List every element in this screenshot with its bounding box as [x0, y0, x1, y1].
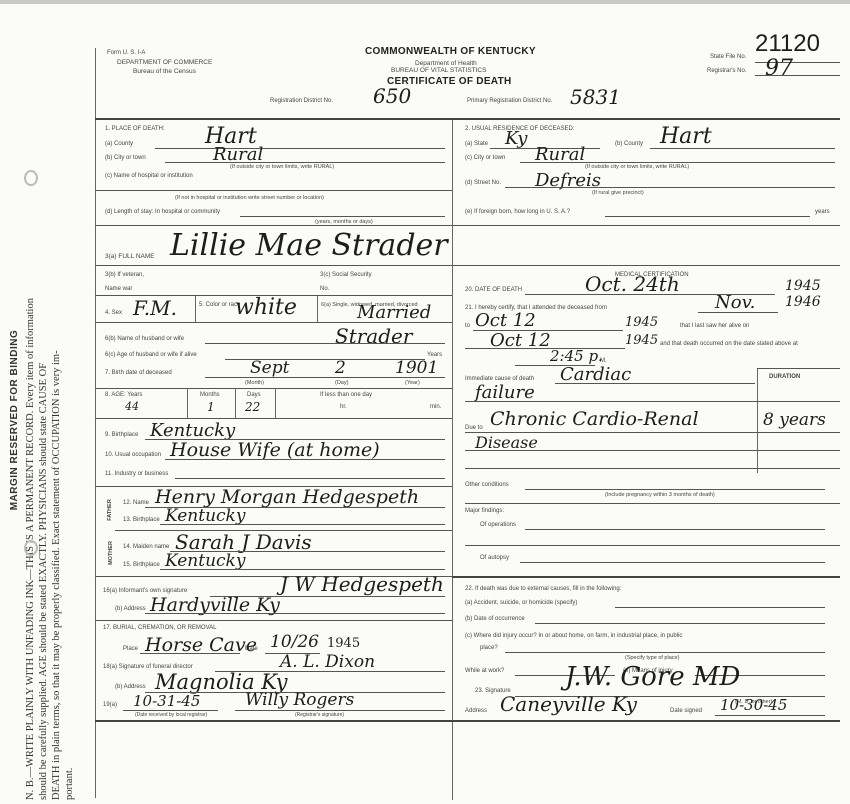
- res-city-line: [520, 162, 835, 163]
- mother-birthplace-value: Kentucky: [165, 551, 245, 571]
- margin-notice: MARGIN RESERVED FOR BINDING N. B.—WRITE …: [8, 40, 76, 800]
- industry-line: [175, 478, 445, 479]
- father-name-value: Henry Morgan Hedgespeth: [155, 486, 419, 508]
- center-divider: [452, 120, 453, 800]
- res-street-line: [505, 187, 835, 188]
- due-to-label: Due to: [465, 425, 483, 431]
- spouse-line: [205, 343, 445, 344]
- age-days-label: Days: [247, 392, 261, 398]
- veteran-war-label: Name war: [105, 286, 132, 292]
- attended-from-year: 1946: [785, 294, 821, 310]
- operations-line-2: [465, 545, 840, 546]
- res-county-line: [650, 148, 835, 149]
- birth-date-line: [205, 377, 445, 378]
- duration-header: DURATION: [769, 374, 800, 380]
- burial-place-line: [140, 653, 240, 654]
- duration-box-left: [757, 368, 758, 473]
- mother-name-label: 14. Maiden name: [123, 544, 169, 550]
- binding-margin: MARGIN RESERVED FOR BINDING N. B.—WRITE …: [2, 40, 82, 800]
- state-file-number: 21120: [755, 30, 820, 58]
- age-months-value: 1: [207, 400, 215, 414]
- physician-address-label: Address: [465, 708, 487, 714]
- pod-hospital-line: [95, 190, 452, 191]
- received-date-value: 10-31-45: [133, 692, 200, 710]
- sex-divider: [195, 296, 196, 322]
- birth-month-note: (Month): [245, 380, 264, 386]
- sex-label: 4. Sex: [105, 310, 122, 316]
- notice-line-1: N. B.—WRITE PLAINLY WITH UNFADING INK—TH…: [24, 40, 37, 800]
- external-title: 22. If death was due to external causes,…: [465, 586, 621, 592]
- full-name-label: 3(a) FULL NAME: [105, 253, 155, 260]
- less-day-hr: hr.: [340, 404, 347, 410]
- registrar-no-line: [755, 75, 840, 76]
- attended-to-value: Oct 12: [475, 310, 536, 331]
- immediate-cause-value-1: Cardiac: [560, 364, 631, 385]
- header-divider: [95, 118, 840, 120]
- other-conditions-line: [525, 489, 825, 490]
- father-tag: FATHER: [107, 499, 113, 521]
- death-year-value: 1945: [785, 278, 821, 294]
- registrar-no-value: 97: [765, 56, 793, 81]
- burial-title: 17. BURIAL, CREMATION, OR REMOVAL: [103, 625, 216, 631]
- date-signed-line: [715, 715, 825, 716]
- res-street-note: (If rural give precinct): [592, 190, 644, 196]
- scan-edge: [0, 0, 850, 4]
- res-foreign-line: [605, 216, 810, 217]
- physician-signature-value: J.W. Gore MD: [565, 662, 740, 692]
- res-city-label: (c) City or town: [465, 155, 505, 161]
- due-to-duration: 8 years: [763, 410, 826, 430]
- informant-divider: [95, 620, 452, 621]
- death-time-value: 2:45 p.: [550, 347, 603, 365]
- informant-signature-value: J W Hedgespeth: [280, 572, 444, 596]
- age-months-label: Months: [200, 392, 220, 398]
- primary-district-label: Primary Registration District No.: [467, 98, 552, 104]
- mother-birthplace-line: [160, 569, 445, 570]
- birth-day-note: (Day): [335, 380, 348, 386]
- less-day-label: If less than one day: [320, 392, 372, 398]
- form-bottom-rule: [95, 720, 840, 722]
- death-certificate-page: MARGIN RESERVED FOR BINDING N. B.—WRITE …: [0, 0, 850, 804]
- other-conditions-line-2: [465, 503, 840, 504]
- pod-hospital-note: (If not in hospital or institution write…: [175, 195, 324, 201]
- res-state-value: Ky: [505, 128, 527, 149]
- external-b-label: (b) Date of occurrence: [465, 616, 525, 622]
- duration-box-top: [757, 368, 840, 369]
- external-c-line: [505, 652, 825, 653]
- age-divider-3: [275, 388, 276, 418]
- last-saw-year: 1945: [625, 333, 658, 348]
- operations-label: Of operations: [480, 522, 516, 528]
- immediate-cause-value-2: failure: [475, 382, 535, 403]
- received-label: 19(a): [103, 702, 117, 708]
- immediate-cause-line-2: [465, 401, 840, 402]
- external-c-label-2: place?: [480, 645, 498, 651]
- marital-value: Married: [357, 302, 431, 323]
- industry-label: 11. Industry or business: [105, 471, 168, 477]
- res-street-label: (d) Street No.: [465, 180, 501, 186]
- ss-no-label: No.: [320, 286, 329, 292]
- mother-tag: MOTHER: [108, 541, 114, 565]
- birth-year-value: 1901: [395, 358, 438, 378]
- occupation-value: House Wife (at home): [170, 439, 380, 461]
- burial-place-label: Place: [123, 646, 138, 652]
- registrar-signature-line: [235, 710, 445, 711]
- while-at-work-label: While at work?: [465, 668, 504, 674]
- binding-hole-icon: [24, 540, 38, 556]
- pod-city-label: (b) City or town: [105, 155, 146, 161]
- commonwealth-title: COMMONWEALTH OF KENTUCKY: [365, 46, 536, 57]
- veteran-label: 3(b) If veteran,: [105, 272, 144, 278]
- form-number: Form U. S. I-A: [107, 50, 145, 56]
- registrar-no-label: Registrar's No.: [707, 68, 747, 74]
- external-a-line: [615, 607, 825, 608]
- registrar-signature-value: Willy Rogers: [245, 690, 354, 710]
- reg-district-label: Registration District No.: [270, 98, 333, 104]
- occupation-label: 10. Usual occupation: [105, 452, 161, 458]
- bureau-census: Bureau of the Census: [133, 68, 196, 75]
- attended-from-line: [698, 312, 778, 313]
- state-file-label: State File No.: [710, 54, 746, 60]
- spouse-value: Strader: [335, 324, 412, 348]
- certificate-form: Form U. S. I-A DEPARTMENT OF COMMERCE Bu…: [95, 40, 840, 800]
- birth-divider: [95, 388, 452, 389]
- due-to-line-2: [465, 450, 840, 451]
- birthplace-label: 9. Birthplace: [105, 432, 138, 438]
- physician-address-value: Caneyville Ky: [500, 692, 637, 716]
- birth-day-value: 2: [335, 358, 346, 378]
- father-birthplace-label: 13. Birthplace: [123, 517, 160, 523]
- reg-district-value: 650: [373, 84, 411, 108]
- due-to-line-3: [465, 468, 840, 469]
- pod-stay-label: (d) Length of stay: In hospital or commu…: [105, 209, 220, 215]
- sex-value: F.M.: [133, 296, 177, 320]
- date-signed-label: Date signed: [670, 708, 702, 714]
- burial-date-value: 10/26: [270, 632, 319, 652]
- pod-city-line: [165, 162, 445, 163]
- medical-divider: [452, 576, 840, 578]
- operations-line: [525, 529, 825, 530]
- funeral-director-value: A. L. Dixon: [280, 652, 375, 672]
- ss-label: 3(c) Social Security: [320, 272, 372, 278]
- last-saw-label: that I last saw her alive on: [680, 323, 749, 329]
- spouse-age-label: 6(c) Age of husband or wife if alive: [105, 352, 197, 358]
- other-conditions-label: Other conditions: [465, 482, 509, 488]
- death-date-label: 20. DATE OF DEATH: [465, 287, 522, 293]
- section-divider-1: [95, 225, 840, 226]
- director-address-label: (b) Address: [115, 684, 146, 690]
- age-years-value: 44: [125, 400, 139, 413]
- res-county-label: (b) County: [615, 141, 643, 147]
- full-name-line: [95, 265, 840, 266]
- received-note: (Date received by local registrar): [135, 712, 207, 718]
- birth-year-note: (Year): [405, 380, 420, 386]
- external-a-label: (a) Accident, suicide, or homicide (spec…: [465, 600, 577, 606]
- father-name-label: 12. Name: [123, 500, 149, 506]
- external-b-line: [535, 623, 825, 624]
- age-divider-1: [187, 388, 188, 418]
- autopsy-label: Of autopsy: [480, 555, 509, 561]
- res-foreign-unit: years: [815, 209, 830, 215]
- attended-to-year: 1945: [625, 315, 658, 330]
- notice-line-2: should be carefully supplied. AGE should…: [37, 40, 50, 800]
- father-birthplace-line: [160, 524, 445, 525]
- informant-address-line: [145, 613, 445, 614]
- attended-from-value: Nov.: [715, 292, 755, 313]
- age-divider-2: [235, 388, 236, 418]
- dept-commerce: DEPARTMENT OF COMMERCE: [117, 59, 212, 66]
- death-date-value: Oct. 24th: [585, 272, 680, 296]
- color-divider: [317, 296, 318, 322]
- age-days-value: 22: [245, 400, 260, 414]
- due-to-value-1: Chronic Cardio-Renal: [490, 408, 699, 430]
- birth-month-value: Sept: [250, 358, 289, 378]
- res-state-label: (a) State: [465, 141, 488, 147]
- sex-row-divider: [95, 322, 452, 323]
- primary-district-value: 5831: [570, 85, 621, 109]
- registrar-signature-note: (Registrar's signature): [295, 712, 344, 718]
- pod-stay-line: [240, 216, 445, 217]
- immediate-cause-line-1: [555, 383, 755, 384]
- burial-date-label: Date: [245, 646, 258, 652]
- full-name-value: Lillie Mae Strader: [170, 228, 448, 263]
- father-birthplace-value: Kentucky: [165, 506, 245, 526]
- age-years-label: 8. AGE: Years: [105, 392, 142, 398]
- date-signed-value: 10-30-45: [720, 696, 787, 714]
- birthplace-value: Kentucky: [150, 420, 235, 441]
- burial-year-value: 1945: [327, 636, 360, 651]
- pod-city-note: (If outside city or town limits, write R…: [230, 164, 334, 170]
- res-foreign-label: (e) If foreign born, how long in U. S. A…: [465, 209, 570, 215]
- margin-reserved-label: MARGIN RESERVED FOR BINDING: [8, 40, 21, 800]
- age-row-divider: [95, 418, 452, 419]
- pod-county-line: [155, 148, 445, 149]
- less-day-min: min.: [430, 404, 441, 410]
- mother-birthplace-label: 15. Birthplace: [123, 562, 160, 568]
- external-c-note: (Specify type of place): [625, 655, 679, 661]
- color-value: white: [235, 295, 297, 320]
- other-conditions-note: (Include pregnancy within 3 months of de…: [605, 492, 715, 498]
- res-county-value: Hart: [660, 124, 712, 149]
- dept-health: Department of Health: [415, 60, 477, 67]
- occupation-line: [165, 459, 445, 460]
- death-time-label: and that death occurred on the date stat…: [660, 341, 798, 347]
- place-of-death-title: 1. PLACE OF DEATH:: [105, 126, 165, 132]
- spouse-label: 6(b) Name of husband or wife: [105, 336, 184, 342]
- pod-county-label: (a) County: [105, 141, 133, 147]
- received-date-line: [123, 710, 218, 711]
- pod-hospital-label: (c) Name of hospital or institution: [105, 173, 193, 179]
- bureau-vital: BUREAU OF VITAL STATISTICS: [391, 67, 486, 74]
- form-left-border: [95, 48, 96, 798]
- autopsy-line: [520, 562, 825, 563]
- major-findings-label: Major findings:: [465, 508, 504, 514]
- attended-to-label: to: [465, 323, 470, 329]
- informant-address-label: (b) Address: [115, 606, 146, 612]
- notice-line-3: DEATH in plain terms, so that it may be …: [50, 40, 63, 800]
- notice-line-4: portant.: [63, 40, 76, 800]
- binding-hole-icon: [24, 170, 38, 186]
- birth-date-label: 7. Birth date of deceased: [105, 370, 172, 376]
- external-c-label: (c) Where did injury occur? In or about …: [465, 633, 682, 639]
